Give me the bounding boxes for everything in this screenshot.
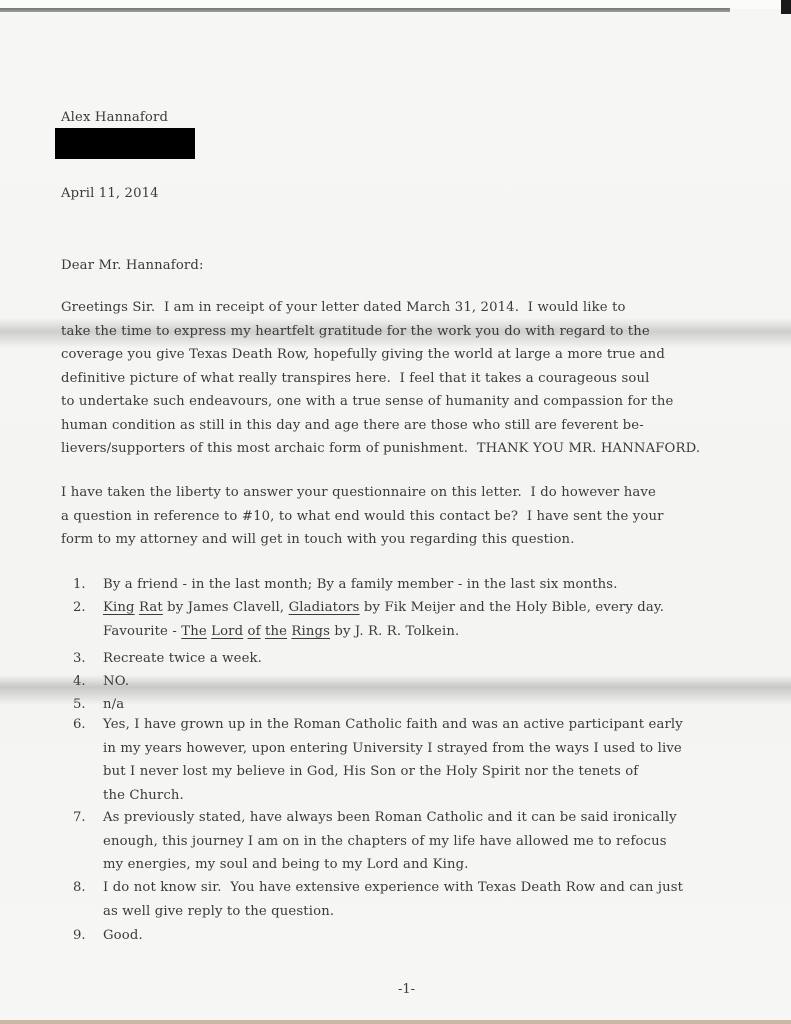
answer-line: my energies, my soul and being to my Lor… [103, 858, 469, 871]
answer-text: Favourite - [103, 624, 181, 639]
answer-number: 3. [73, 652, 86, 665]
page-number: -1- [398, 982, 415, 997]
answer-line: Recreate twice a week. [103, 652, 262, 665]
answer-number: 5. [73, 698, 86, 711]
book-title: The [181, 624, 207, 639]
answer-line: in my years however, upon entering Unive… [103, 742, 682, 755]
answer-number: 6. [73, 718, 86, 731]
answer-line: King Rat by James Clavell, Gladiators by… [103, 601, 664, 614]
paragraph-line: to undertake such endeavours, one with a… [61, 395, 673, 408]
recipient-name: Alex Hannaford [61, 111, 168, 124]
answer-number: 7. [73, 811, 86, 824]
book-title: King [103, 600, 135, 615]
answer-line: the Church. [103, 789, 184, 802]
answer-line: By a friend - in the last month; By a fa… [103, 578, 618, 591]
paragraph-line: Greetings Sir. I am in receipt of your l… [61, 301, 626, 314]
answer-text: by J. R. R. Tolkein. [330, 624, 459, 639]
answer-line: but I never lost my believe in God, His … [103, 765, 638, 778]
answer-text: by Fik Meijer and the Holy Bible, every … [360, 600, 665, 615]
paper-top-edge-shadow [0, 8, 730, 12]
paragraph-line: a question in reference to #10, to what … [61, 510, 664, 523]
paragraph-line: form to my attorney and will get in touc… [61, 533, 575, 546]
answer-line: n/a [103, 698, 124, 711]
paragraph-line: coverage you give Texas Death Row, hopef… [61, 348, 665, 361]
answer-number: 1. [73, 578, 86, 591]
answer-line: I do not know sir. You have extensive ex… [103, 881, 683, 894]
paragraph-line: lievers/supporters of this most archaic … [61, 442, 700, 455]
answer-line: As previously stated, have always been R… [103, 811, 677, 824]
answer-number: 8. [73, 881, 86, 894]
letter-date: April 11, 2014 [61, 187, 159, 200]
redacted-address [55, 128, 195, 159]
salutation: Dear Mr. Hannaford: [61, 259, 204, 272]
book-title: Lord [211, 624, 243, 639]
book-title: the [265, 624, 287, 639]
paragraph-line: human condition as still in this day and… [61, 419, 644, 432]
scan-corner [781, 0, 791, 14]
answer-number: 9. [73, 929, 86, 942]
answer-text: by James Clavell, [163, 600, 289, 615]
answer-number: 4. [73, 675, 86, 688]
answer-line: as well give reply to the question. [103, 905, 334, 918]
answer-number: 2. [73, 601, 86, 614]
answer-line: enough, this journey I am on in the chap… [103, 835, 667, 848]
book-title: Rings [291, 624, 330, 639]
book-title: Gladiators [289, 600, 360, 615]
book-title: of [248, 624, 261, 639]
answer-line: Favourite - The Lord of the Rings by J. … [103, 625, 459, 638]
paragraph-line: I have taken the liberty to answer your … [61, 486, 656, 499]
answer-line: Yes, I have grown up in the Roman Cathol… [103, 718, 683, 731]
paragraph-line: take the time to express my heartfelt gr… [61, 325, 650, 338]
answer-line: NO. [103, 675, 129, 688]
paragraph-line: definitive picture of what really transp… [61, 372, 649, 385]
scan-bottom-edge [0, 1020, 791, 1024]
answer-line: Good. [103, 929, 143, 942]
letter-page: Alex Hannaford April 11, 2014 Dear Mr. H… [0, 0, 791, 1024]
book-title: Rat [139, 600, 163, 615]
